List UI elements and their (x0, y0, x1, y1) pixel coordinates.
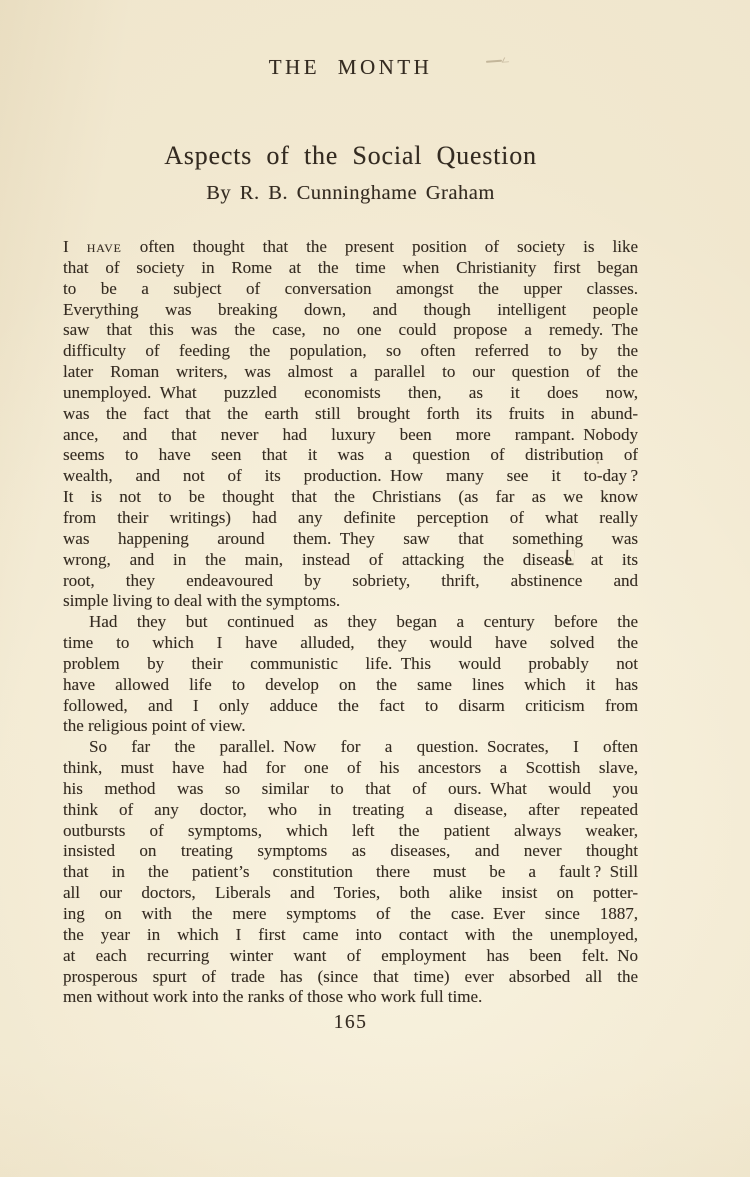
text-line: think, must have had for one of his ance… (63, 758, 638, 779)
text-line: difficulty of feeding the population, so… (63, 341, 638, 362)
text-line: from their writings) had any definite pe… (63, 508, 638, 529)
text-line: saw that this was the case, no one could… (63, 320, 638, 341)
text-line: followed, and I only adduce the fact to … (63, 696, 638, 717)
text-line: seems to have seen that it was a questio… (63, 445, 638, 466)
text-line: that in the patient’s constitution there… (63, 862, 638, 883)
text-line: problem by their communistic life. This … (63, 654, 638, 675)
text-line: think of any doctor, who in treating a d… (63, 800, 638, 821)
text-run: I (63, 237, 87, 256)
article-title: Aspects of the Social Question (63, 141, 638, 171)
text-line: ing on with the mere symptoms of the cas… (63, 904, 638, 925)
body-text: I have often thought that the present po… (63, 237, 638, 1008)
smallcaps-text: have (87, 237, 122, 256)
book-page: THE MONTH Aspects of the Social Question… (0, 0, 750, 1177)
article-byline: By R. B. Cunninghame Graham (63, 182, 638, 205)
text-line: the year in which I first came into cont… (63, 925, 638, 946)
text-line: time to which I have alluded, they would… (63, 633, 638, 654)
text-line: unemployed. What puzzled economists then… (63, 383, 638, 404)
text-line: was the fact that the earth still brough… (63, 404, 638, 425)
text-line: outbursts of symptoms, which left the pa… (63, 821, 638, 842)
text-line: prosperous spurt of trade has (since tha… (63, 967, 638, 988)
text-line: to be a subject of conversation amongst … (63, 279, 638, 300)
text-line: have allowed life to develop on the same… (63, 675, 638, 696)
text-line: Everything was breaking down, and though… (63, 300, 638, 321)
text-line: It is not to be thought that the Christi… (63, 487, 638, 508)
text-line: at each recurring winter want of employm… (63, 946, 638, 967)
text-line: wrong, and in the main, instead of attac… (63, 550, 638, 571)
text-line: Had they but continued as they began a c… (63, 612, 638, 633)
page-number: 165 (63, 1012, 638, 1034)
text-line: the religious point of view. (63, 716, 638, 737)
text-line: simple living to deal with the symptoms. (63, 591, 638, 612)
running-header: THE MONTH (63, 55, 638, 80)
text-line: insisted on treating symptoms as disease… (63, 841, 638, 862)
text-line: men without work into the ranks of those… (63, 987, 638, 1008)
text-line: was happening around them. They saw that… (63, 529, 638, 550)
text-line: So far the parallel. Now for a question.… (63, 737, 638, 758)
text-line: ance, and that never had luxury been mor… (63, 425, 638, 446)
paragraph: So far the parallel. Now for a question.… (63, 737, 638, 1008)
text-line: wealth, and not of its production. How m… (63, 466, 638, 487)
text-line: his method was so similar to that of our… (63, 779, 638, 800)
text-line: later Roman writers, was almost a parall… (63, 362, 638, 383)
text-line: root, they endeavoured by sobriety, thri… (63, 571, 638, 592)
paragraph: Had they but continued as they began a c… (63, 612, 638, 737)
text-line: that of society in Rome at the time when… (63, 258, 638, 279)
text-line: all our doctors, Liberals and Tories, bo… (63, 883, 638, 904)
stray-type-mark-artifact (566, 550, 575, 565)
text-run: often thought that the present position … (122, 237, 638, 256)
ink-speck-artifact (596, 458, 599, 464)
paragraph: I have often thought that the present po… (63, 237, 638, 612)
text-line: I have often thought that the present po… (63, 237, 638, 258)
